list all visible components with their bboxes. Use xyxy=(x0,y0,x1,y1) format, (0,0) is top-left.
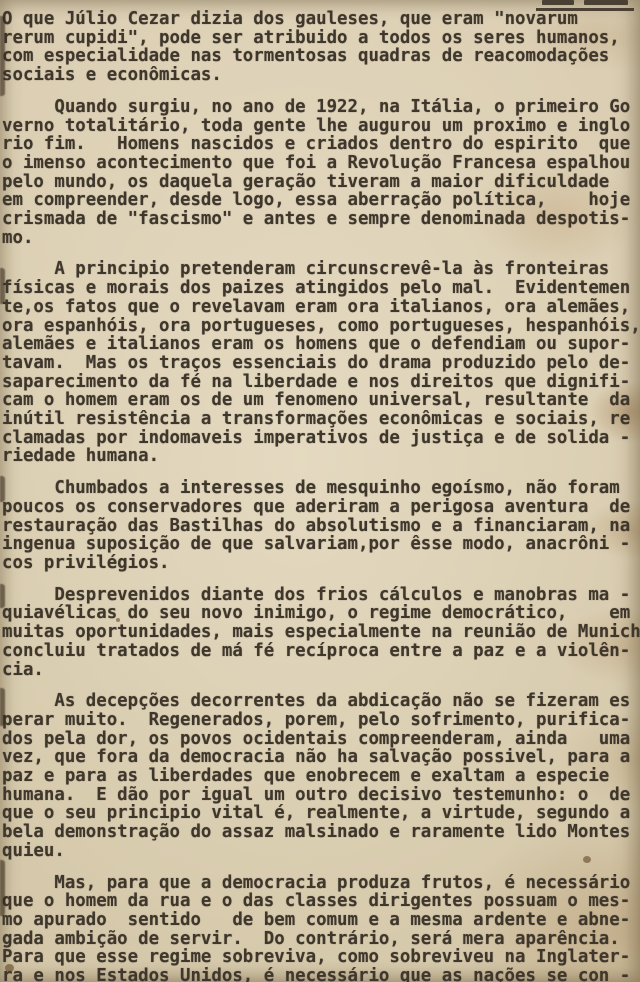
text-segment: alemães e italianos eram os homens que o… xyxy=(2,335,630,354)
text-line: sociais e econômicas. xyxy=(2,66,640,85)
text-line: cia. xyxy=(2,661,640,680)
text-line: concluiu tratados de má fé recíproca ent… xyxy=(2,642,640,661)
text-line: que o homem da rua e o das classes dirig… xyxy=(2,892,640,911)
text-segment: verno totalitário, toda gente lhe auguro… xyxy=(2,117,620,136)
scanned-page: O que Júlio Cezar dizia dos gauleses, qu… xyxy=(0,0,640,982)
text-line: perar muito. Regenerados, porem, pelo so… xyxy=(2,711,640,730)
document-body: O que Júlio Cezar dizia dos gauleses, qu… xyxy=(2,10,640,982)
text-segment: Desprevenidos diante dos frios cálculos … xyxy=(2,586,630,605)
text-line: Chumbados a interesses de mesquinho egoí… xyxy=(2,479,640,498)
paragraph-2: Quando surgiu, no ano de 1922, na Itália… xyxy=(2,98,640,248)
text-segment: te,os fatos que o revelavam eram ora ita… xyxy=(2,298,630,317)
text-segment: quiavélicas do seu novo inimigo, o regim… xyxy=(2,604,630,623)
text-segment: rio fim. Homens nascidos e criados dentr… xyxy=(2,135,630,154)
underlined-text: es xyxy=(609,692,630,711)
text-segment: As decepções decorrentes da abdicação nã… xyxy=(2,692,609,711)
text-segment: o imenso acontecimento que foi a Revoluç… xyxy=(2,154,630,173)
text-line: verno totalitário, toda gente lhe auguro… xyxy=(2,117,640,136)
text-segment: Quando surgiu, no ano de 1922, na Itália… xyxy=(2,98,620,117)
text-line: te,os fatos que o revelavam eram ora ita… xyxy=(2,298,640,317)
text-segment: gada ambição de servir. Do contrário, se… xyxy=(2,930,620,949)
text-line: As decepções decorrentes da abdicação nã… xyxy=(2,692,640,711)
text-line: ora espanhóis, ora portugueses, como por… xyxy=(2,317,640,336)
text-segment: A principio pretenderam circunscrevê-la … xyxy=(2,260,609,279)
text-line: crismada de "fascismo" e antes e sempre … xyxy=(2,210,640,229)
cut-off-page-header xyxy=(536,0,634,13)
text-segment: que o seu principio vital é, realmente, … xyxy=(2,804,630,823)
text-line: ingenua suposição de que salvariam,por ê… xyxy=(2,535,640,554)
text-segment: paz e para as liberdades que enobrecem e… xyxy=(2,767,609,786)
edge-smudge xyxy=(0,584,5,608)
edge-smudge xyxy=(0,16,5,96)
text-line: cam o homem eram os de um fenomeno unive… xyxy=(2,391,640,410)
text-line: Para que esse regime sobreviva, como sob… xyxy=(2,948,640,967)
text-line: A principio pretenderam circunscrevê-la … xyxy=(2,260,640,279)
text-line: paz e para as liberdades que enobrecem e… xyxy=(2,767,640,786)
text-segment: poucos os conservadores que aderiram a p… xyxy=(2,498,630,517)
text-line: poucos os conservadores que aderiram a p… xyxy=(2,498,640,517)
text-line: gada ambição de servir. Do contrário, se… xyxy=(2,930,640,949)
text-line: mo. xyxy=(2,229,640,248)
paragraph-3: A principio pretenderam circunscrevê-la … xyxy=(2,260,640,466)
text-line: clamadas por indomaveis imperativos de j… xyxy=(2,429,640,448)
text-line: tavam. Mas os traços essenciais do drama… xyxy=(2,354,640,373)
text-segment: em compreender, desde logo, essa aberraç… xyxy=(2,191,630,210)
text-segment: bela demonstração do assaz malsinado e r… xyxy=(2,823,620,842)
text-line: com especialidade nas tormentosas quadra… xyxy=(2,47,640,66)
text-segment: humana. E dão por igual um outro decisiv… xyxy=(2,786,630,805)
text-segment: pelo mundo, os daquela geração tiveram a… xyxy=(2,173,609,192)
edge-smudge xyxy=(0,268,5,304)
text-segment: ora espanhóis, ora portugueses, como por… xyxy=(2,317,640,336)
underlined-text: e xyxy=(620,410,630,429)
text-segment: sociais e econômicas. xyxy=(2,66,222,85)
header-glyph-fragment xyxy=(584,0,628,5)
paragraph-7: Mas, para que a democracia produza fruto… xyxy=(2,874,640,982)
text-segment: restauração das Bastilhas do absolutismo… xyxy=(2,517,630,536)
text-segment: ", pode ser atribuido a todos os seres h… xyxy=(128,29,620,48)
text-segment: saparecimento da fé na liberdade e nos d… xyxy=(2,373,630,392)
text-line: pelo mundo, os daquela geração tiveram a… xyxy=(2,173,640,192)
text-segment: muitas oportunidades, mais especialmente… xyxy=(2,623,640,642)
text-line: em compreender, desde logo, essa aberraç… xyxy=(2,191,640,210)
paragraph-5: Desprevenidos diante dos frios cálculos … xyxy=(2,586,640,680)
text-segment: Chumbados a interesses de mesquinho egoí… xyxy=(2,479,620,498)
text-line: humana. E dão por igual um outro decisiv… xyxy=(2,786,640,805)
text-segment: que o homem da rua e o das classes dirig… xyxy=(2,892,630,911)
text-segment: dos pela dor, os povos ocidentais compre… xyxy=(2,730,630,749)
text-line: Desprevenidos diante dos frios cálculos … xyxy=(2,586,640,605)
text-segment: mo. xyxy=(2,229,33,248)
text-line: cos privilégios. xyxy=(2,554,640,573)
text-line: quiavélicas do seu novo inimigo, o regim… xyxy=(2,604,640,623)
text-line: saparecimento da fé na liberdade e nos d… xyxy=(2,373,640,392)
text-line: Quando surgiu, no ano de 1922, na Itália… xyxy=(2,98,640,117)
text-segment: perar muito. Regenerados, porem, pelo so… xyxy=(2,711,630,730)
text-line: riedade humana. xyxy=(2,447,640,466)
text-line: bela demonstração do assaz malsinado e r… xyxy=(2,823,640,842)
text-line: rio fim. Homens nascidos e criados dentr… xyxy=(2,135,640,154)
text-segment: ra e nos Estados Unidos, é necessário qu… xyxy=(2,967,630,982)
header-underline xyxy=(536,8,634,11)
text-segment: cia. xyxy=(2,661,44,680)
text-segment: riedade humana. xyxy=(2,447,159,466)
paragraph-4: Chumbados a interesses de mesquinho egoí… xyxy=(2,479,640,573)
text-segment: mo apurado sentido de bem comum e a mesm… xyxy=(2,911,630,930)
text-segment: quieu. xyxy=(2,842,65,861)
text-segment: vez, que fora da democracia não ha salva… xyxy=(2,748,630,767)
text-segment: crismada de "fascismo" e antes e sempre … xyxy=(2,210,630,229)
paragraph-6: As decepções decorrentes da abdicação nã… xyxy=(2,692,640,860)
text-line: ra e nos Estados Unidos, é necessário qu… xyxy=(2,967,640,982)
edge-smudge xyxy=(0,688,5,726)
text-line: inútil resistência a transformações econ… xyxy=(2,410,640,429)
text-segment: cam o homem eram os de um fenomeno unive… xyxy=(2,391,630,410)
text-line: rerum cupidi", pode ser atribuido a todo… xyxy=(2,29,640,48)
text-line: que o seu principio vital é, realmente, … xyxy=(2,804,640,823)
ink-speck xyxy=(116,618,120,622)
underlined-text: o xyxy=(620,117,630,136)
text-segment: ingenua suposição de que salvariam,por ê… xyxy=(2,535,630,554)
underlined-text: s xyxy=(620,823,630,842)
underlined-text: rerum cupidi xyxy=(2,29,128,48)
text-line: vez, que fora da democracia não ha salva… xyxy=(2,748,640,767)
paragraph-1: O que Júlio Cezar dizia dos gauleses, qu… xyxy=(2,10,640,85)
text-segment: Para que esse regime sobreviva, como sob… xyxy=(2,948,630,967)
text-line: dos pela dor, os povos ocidentais compre… xyxy=(2,730,640,749)
text-segment: O que Júlio Cezar dizia dos gauleses, qu… xyxy=(2,10,505,29)
text-segment: concluiu tratados de má fé recíproca ent… xyxy=(2,642,630,661)
text-segment: tavam. Mas os traços essenciais do drama… xyxy=(2,354,630,373)
ink-speck xyxy=(583,856,591,863)
header-glyph-fragment xyxy=(542,0,574,5)
text-line: mo apurado sentido de bem comum e a mesm… xyxy=(2,911,640,930)
text-line: restauração das Bastilhas do absolutismo… xyxy=(2,517,640,536)
text-line: Mas, para que a democracia produza fruto… xyxy=(2,874,640,893)
text-segment: clamadas por indomaveis imperativos de j… xyxy=(2,429,630,448)
text-segment: inútil resistência a transformações econ… xyxy=(2,410,620,429)
text-line: quieu. xyxy=(2,842,640,861)
underlined-text: n xyxy=(620,279,630,298)
text-line: alemães e italianos eram os homens que o… xyxy=(2,335,640,354)
ink-speck xyxy=(5,964,14,972)
text-segment: físicas e morais dos paizes atingidos pe… xyxy=(2,279,620,298)
text-line: o imenso acontecimento que foi a Revoluç… xyxy=(2,154,640,173)
text-segment: cos privilégios. xyxy=(2,554,170,573)
edge-smudge xyxy=(0,860,5,916)
text-line: muitas oportunidades, mais especialmente… xyxy=(2,623,640,642)
text-segment: Mas, para que a democracia produza fruto… xyxy=(2,874,630,893)
edge-smudge xyxy=(0,476,5,502)
text-line: físicas e morais dos paizes atingidos pe… xyxy=(2,279,640,298)
text-segment: com especialidade nas tormentosas quadra… xyxy=(2,47,609,66)
underlined-text: o xyxy=(620,98,630,117)
